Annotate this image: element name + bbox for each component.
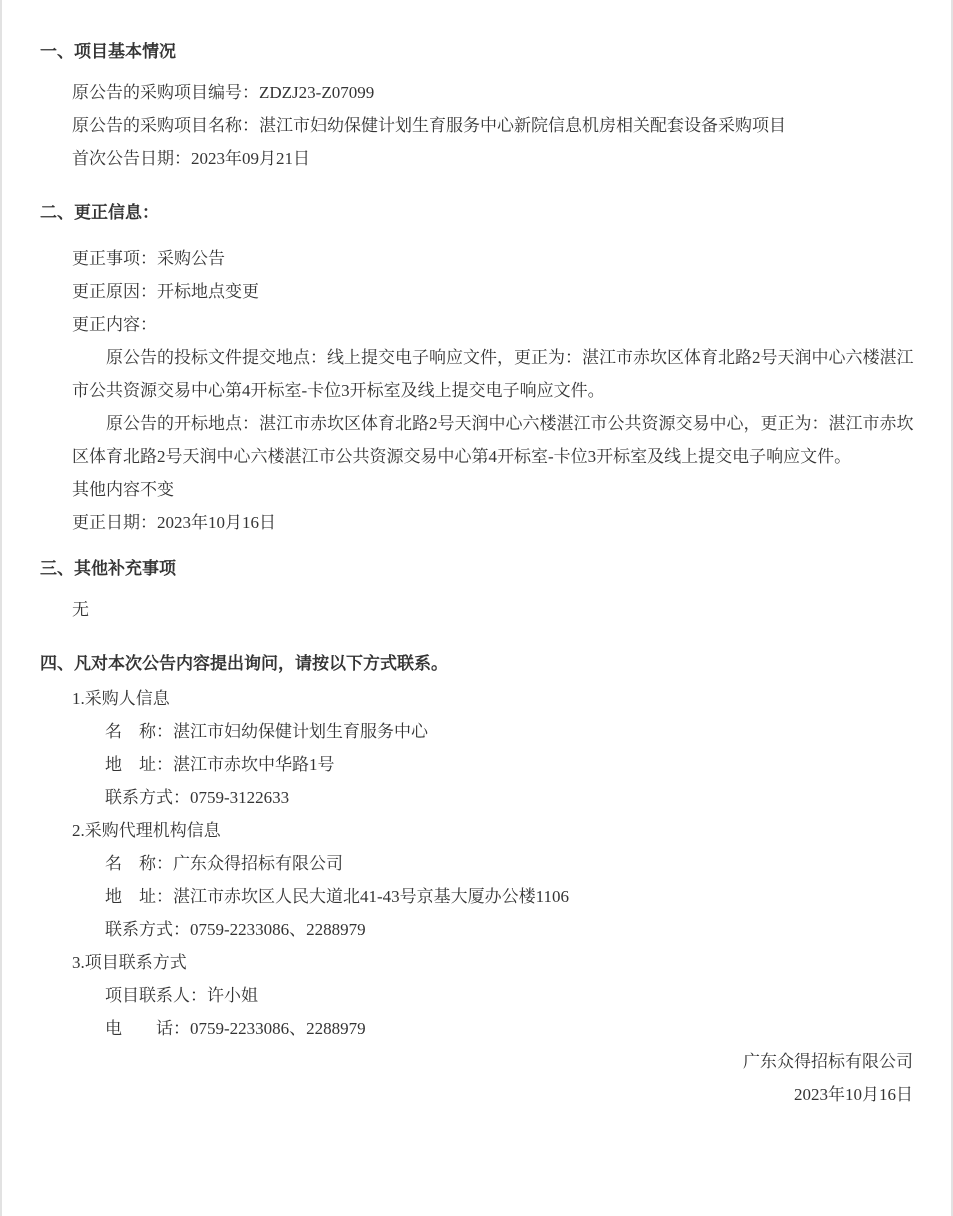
project-name-line: 原公告的采购项目名称：湛江市妇幼保健计划生育服务中心新院信息机房相关配套设备采购… xyxy=(72,109,921,142)
purchaser-title: 1.采购人信息 xyxy=(72,682,921,715)
purchaser-address-line: 地 址：湛江市赤坎中华路1号 xyxy=(105,748,921,781)
section-3-heading: 三、其他补充事项 xyxy=(40,552,921,585)
first-announcement-date-line: 首次公告日期：2023年09月21日 xyxy=(72,142,921,175)
footer-company: 广东众得招标有限公司 xyxy=(40,1045,913,1078)
footer-date: 2023年10月16日 xyxy=(40,1078,913,1111)
project-number-line: 原公告的采购项目编号：ZDZJ23-Z07099 xyxy=(72,76,921,109)
purchaser-contact-line: 联系方式：0759-3122633 xyxy=(105,781,921,814)
correction-paragraph-2: 原公告的开标地点：湛江市赤坎区体育北路2号天润中心六楼湛江市公共资源交易中心，更… xyxy=(72,407,921,473)
section-1-body: 原公告的采购项目编号：ZDZJ23-Z07099 原公告的采购项目名称：湛江市妇… xyxy=(72,76,921,175)
section-4-body: 1.采购人信息 名 称：湛江市妇幼保健计划生育服务中心 地 址：湛江市赤坎中华路… xyxy=(72,682,921,1045)
agency-title: 2.采购代理机构信息 xyxy=(72,814,921,847)
section-1-heading: 一、项目基本情况 xyxy=(40,35,921,68)
section-4-heading: 四、凡对本次公告内容提出询问，请按以下方式联系。 xyxy=(40,647,921,680)
correction-date-line: 更正日期：2023年10月16日 xyxy=(72,506,921,539)
project-contact-title: 3.项目联系方式 xyxy=(72,946,921,979)
correction-item-line: 更正事项：采购公告 xyxy=(72,242,921,275)
document-footer: 广东众得招标有限公司 2023年10月16日 xyxy=(40,1045,913,1111)
agency-contact-line: 联系方式：0759-2233086、2288979 xyxy=(105,913,921,946)
correction-reason-line: 更正原因：开标地点变更 xyxy=(72,275,921,308)
other-content-line: 其他内容不变 xyxy=(72,473,921,506)
section-3-body: 无 xyxy=(72,593,921,626)
section-2-heading: 二、更正信息： xyxy=(40,196,921,229)
project-contact-person-line: 项目联系人：许小姐 xyxy=(105,979,921,1012)
announcement-document: 一、项目基本情况 原公告的采购项目编号：ZDZJ23-Z07099 原公告的采购… xyxy=(0,0,953,1216)
correction-content-label: 更正内容： xyxy=(72,308,921,341)
section-3-content: 无 xyxy=(72,593,921,626)
agency-name-line: 名 称：广东众得招标有限公司 xyxy=(105,847,921,880)
agency-address-line: 地 址：湛江市赤坎区人民大道北41-43号京基大厦办公楼1106 xyxy=(105,880,921,913)
section-2-body: 更正事项：采购公告 更正原因：开标地点变更 更正内容： 原公告的投标文件提交地点… xyxy=(72,242,921,539)
project-contact-phone-line: 电 话：0759-2233086、2288979 xyxy=(105,1012,921,1045)
purchaser-name-line: 名 称：湛江市妇幼保健计划生育服务中心 xyxy=(105,715,921,748)
correction-paragraph-1: 原公告的投标文件提交地点：线上提交电子响应文件，更正为：湛江市赤坎区体育北路2号… xyxy=(72,341,921,407)
